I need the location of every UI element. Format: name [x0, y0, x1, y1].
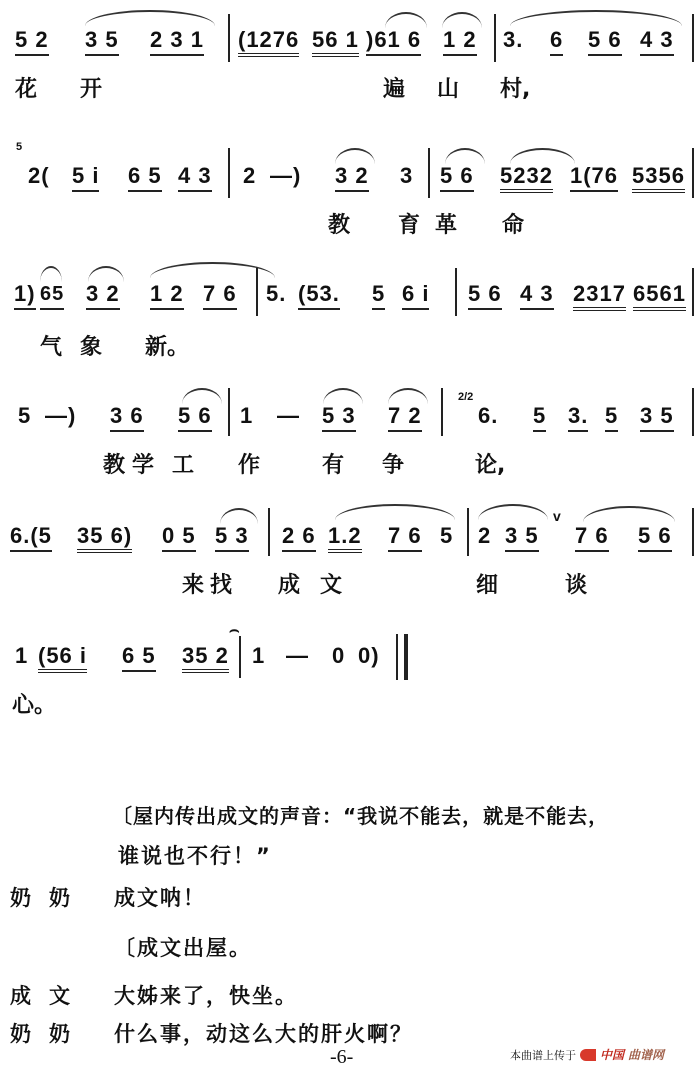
note-group: 5 6 [588, 28, 622, 56]
note-group: (53. [298, 282, 340, 310]
note-group: 3 5 [505, 524, 539, 552]
note-group: 3 5 [85, 28, 119, 56]
bar-line [228, 14, 230, 62]
slur [335, 148, 375, 164]
bar-line [692, 14, 694, 62]
score-system-5: 6.(5 35 6) 0 5 5 3 2 6 1.2 7 6 5 2 3 5 v… [0, 492, 700, 602]
note-group: 1 2 [443, 28, 477, 56]
lyric: 教 [103, 448, 125, 479]
watermark: 本曲谱上传于 中国 曲谱网 [510, 1046, 664, 1063]
stage-direction: 〔屋内传出成文的声音：“我说不能去，就是不能去， [112, 800, 609, 829]
lyric: 细 [476, 568, 498, 599]
bar-line [692, 508, 694, 556]
slur [220, 508, 258, 524]
lyric: 工 [172, 448, 194, 479]
slur [335, 504, 455, 520]
lyric: 村, [500, 72, 530, 103]
slur [388, 388, 428, 404]
time-signature: 2/2 [458, 392, 473, 402]
bar-line [494, 14, 496, 62]
lyric: 象 [80, 330, 102, 361]
lyric: 气 [40, 330, 62, 361]
note-group: 7 2 [388, 404, 422, 432]
note-group: 3 6 [110, 404, 144, 432]
lyric: 教 [328, 208, 350, 239]
note-group: 5 3 [215, 524, 249, 552]
note-group: 1.2 [328, 524, 362, 553]
final-double-bar [396, 634, 408, 680]
bar-line [467, 508, 469, 556]
note-group: 5 6 [440, 164, 474, 192]
bar-line [228, 148, 230, 198]
lyric: 文 [320, 568, 342, 599]
role-name: 奶奶 [10, 882, 88, 912]
note-group: 5 [605, 404, 618, 432]
note-group: 2 6 [282, 524, 316, 552]
note-group: 1(76 [570, 164, 618, 192]
slur [442, 12, 482, 28]
lyric: 有 [322, 448, 344, 479]
slur [445, 148, 485, 164]
bar-line [441, 388, 443, 436]
bar-line [692, 148, 694, 198]
watermark-prefix: 本曲谱上传于 [510, 1047, 576, 1063]
note-group: 3. [503, 28, 523, 52]
note-group: 6. [478, 404, 498, 428]
lyric: 来 [182, 568, 204, 599]
note-group: 3. [568, 404, 588, 432]
note-group: 5 [372, 282, 385, 310]
slur [478, 504, 548, 520]
score-system-4: 5 —) 3 6 5 6 1 — 5 3 7 2 2/2 6. 5 3. 5 3… [0, 372, 700, 482]
lyric: 谈 [565, 568, 587, 599]
watermark-brand: 中国 [600, 1046, 624, 1063]
note-group: 5 3 [322, 404, 356, 432]
note-group: 5 6 [178, 404, 212, 432]
note-group: 5356 [632, 164, 685, 193]
note-group: 6 5 [122, 644, 156, 672]
note-group: 0) [358, 644, 380, 668]
bar-line [256, 268, 258, 316]
note-group: 5 i [72, 164, 99, 192]
note-group: 3 [400, 164, 413, 188]
site-logo-icon [580, 1049, 596, 1061]
role-name: 奶奶 [10, 1018, 88, 1048]
note-group: 5 6 [638, 524, 672, 552]
note-group: 6 [550, 28, 563, 56]
note-group: 4 3 [640, 28, 674, 56]
note-group: 1) [14, 282, 36, 310]
note-group: 4 3 [520, 282, 554, 310]
note-group: 7 6 [388, 524, 422, 552]
slur [385, 12, 427, 28]
lyric: 成 [278, 568, 300, 599]
note-group: 5 [18, 404, 31, 428]
note-group: 2 3 1 [150, 28, 204, 56]
lyric: 新。 [145, 330, 189, 361]
lyric: 革 [435, 208, 457, 239]
bar-line [455, 268, 457, 316]
lyric: 山 [437, 72, 459, 103]
note-group: 5. [266, 282, 286, 306]
note-group: —) [45, 404, 76, 428]
note-group: 1 [15, 644, 28, 668]
note-group: (1276 [238, 28, 299, 57]
note-group: 1 2 [150, 282, 184, 310]
score-system-6: 1 (56 i 6 5 35 2 ⌢ 1 — 0 0) 心。 [0, 612, 700, 722]
note-group: 0 [332, 644, 345, 668]
lyric: 争 [382, 448, 404, 479]
bar-line [692, 388, 694, 436]
note-group: 35 6) [77, 524, 132, 553]
lyric: 命 [502, 208, 524, 239]
note-group: 6.(5 [10, 524, 52, 552]
slur [583, 506, 675, 522]
note-group: — [286, 644, 309, 668]
watermark-brand: 曲谱网 [628, 1046, 664, 1063]
lyric: 育 [398, 208, 420, 239]
note-group: 4 3 [178, 164, 212, 192]
bar-line [692, 268, 694, 316]
slur [323, 388, 363, 404]
note-group: 56 1 [312, 28, 359, 57]
note-group: 7 6 [203, 282, 237, 310]
slur [40, 266, 62, 282]
lyric: 遍 [383, 72, 405, 103]
note-group: 35 2 [182, 644, 229, 673]
role-name: 成文 [10, 980, 88, 1010]
note-group: 3 5 [640, 404, 674, 432]
note-group: —) [270, 164, 301, 188]
slur [510, 10, 682, 26]
bar-line [239, 636, 241, 678]
note-group: 1 [252, 644, 265, 668]
dialogue-line: 成文呐！ [114, 882, 206, 912]
note-group: 5 [533, 404, 546, 432]
score-system-2: 5 2( 5 i 6 5 4 3 2 —) 3 2 3 5 6 5232 1(7… [0, 132, 700, 242]
bar-line [228, 388, 230, 436]
slur [182, 388, 222, 404]
fermata: ⌢ [229, 622, 240, 640]
note-group: 7 6 [575, 524, 609, 552]
lyric: 作 [238, 448, 260, 479]
score-system-3: 1) 65 3 2 1 2 7 6 5. (53. 5 6 i 5 6 4 3 … [0, 252, 700, 362]
note-group: (56 i [38, 644, 87, 673]
note-group: 5 6 [468, 282, 502, 310]
note-group: 0 5 [162, 524, 196, 552]
note-group: 2 [243, 164, 256, 188]
bar-line [268, 508, 270, 556]
lyric: 心。 [12, 688, 56, 719]
page-number: -6- [330, 1046, 353, 1069]
note-group: 2 [478, 524, 491, 548]
bar-line [428, 148, 430, 198]
note-group: 5 [440, 524, 453, 548]
lyric: 花 [15, 72, 37, 103]
note-group: — [277, 404, 300, 428]
note-group: 5232 [500, 164, 553, 193]
score-system-1: 5 2 3 5 2 3 1 (1276 56 1 )61 6 1 2 3. 6 … [0, 0, 700, 110]
note-group: 3 2 [335, 164, 369, 192]
note-group: 65 [40, 282, 64, 310]
note-group: 5 2 [15, 28, 49, 56]
note-group: 6 5 [128, 164, 162, 192]
note-group: 2317 [573, 282, 626, 311]
dialogue-line: 大姊来了，快坐。 [114, 980, 298, 1010]
note-group: 1 [240, 404, 253, 428]
dialogue-line: 什么事，动这么大的肝火啊？ [114, 1018, 413, 1048]
grace-note: 5 [16, 142, 22, 152]
slur [85, 10, 215, 26]
stage-direction: 谁说也不行！” [118, 840, 272, 870]
lyric: 开 [80, 72, 102, 103]
lyric: 找 [210, 568, 232, 599]
note-group: 3 2 [86, 282, 120, 310]
stage-direction: 〔成文出屋。 [114, 932, 252, 962]
lyric: 学 [132, 448, 154, 479]
note-group: )61 6 [366, 28, 421, 56]
lyric: 论, [475, 448, 505, 479]
breath-mark: v [553, 508, 561, 524]
note-group: 6 i [402, 282, 429, 310]
note-group: 6561 [633, 282, 686, 311]
note-group: 2( [28, 164, 50, 188]
slur [88, 266, 124, 282]
slur [510, 148, 575, 164]
